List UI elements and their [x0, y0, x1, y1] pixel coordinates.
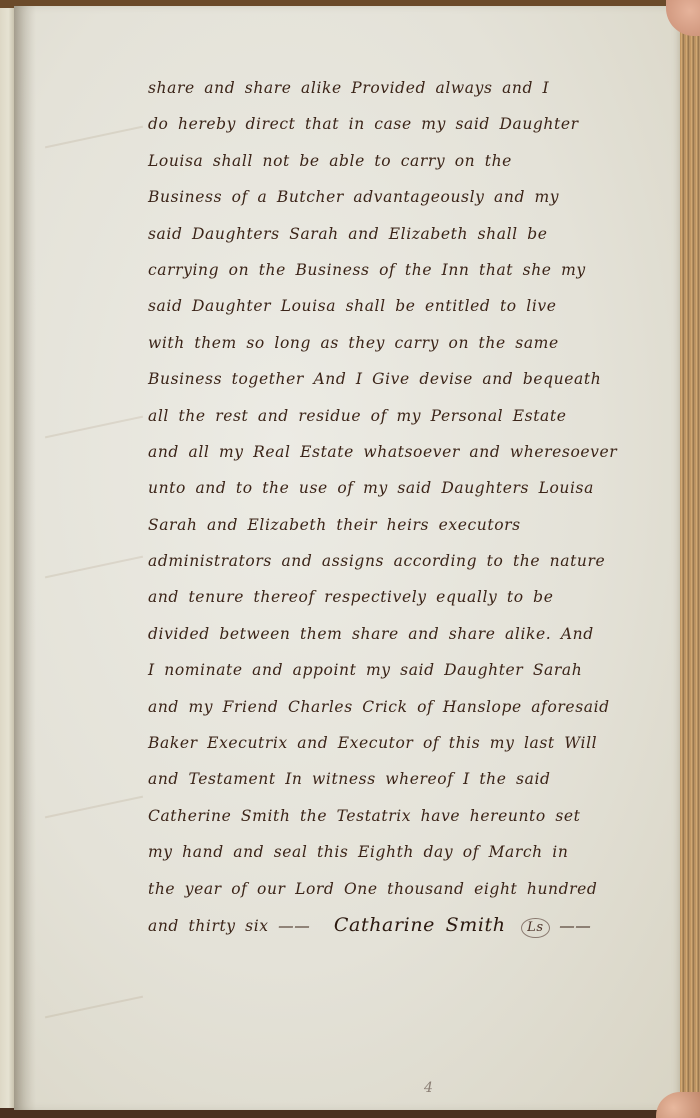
text-line: with them so long as they carry on the s…: [148, 325, 668, 361]
text-line: Business of a Butcher advantageously and…: [148, 179, 668, 215]
page-mark: 4: [424, 1080, 433, 1096]
text-line: and my Friend Charles Crick of Hanslope …: [148, 689, 668, 725]
text-line: and all my Real Estate whatsoever and wh…: [148, 434, 668, 470]
ink-bleed-through: [45, 996, 143, 1019]
text-line: carrying on the Business of the Inn that…: [148, 252, 668, 288]
text-line: and tenure thereof respectively equally …: [148, 579, 668, 615]
text-line: Business together And I Give devise and …: [148, 361, 668, 397]
book-fore-edge: [680, 4, 700, 1114]
left-page-edge: [0, 8, 15, 1108]
dash: ——: [278, 917, 310, 935]
gutter-shadow: [14, 6, 36, 1110]
text-line: my hand and seal this Eighth day of Marc…: [148, 834, 668, 870]
handwritten-text: share and share alike Provided always an…: [148, 70, 668, 943]
text-line: Sarah and Elizabeth their heirs executor…: [148, 507, 668, 543]
text-line: administrators and assigns according to …: [148, 543, 668, 579]
text-line: I nominate and appoint my said Daughter …: [148, 652, 668, 688]
text-line: do hereby direct that in case my said Da…: [148, 106, 668, 142]
seal-mark: Ls: [521, 918, 550, 938]
ink-bleed-through: [45, 796, 143, 819]
text-line: Louisa shall not be able to carry on the: [148, 143, 668, 179]
ink-bleed-through: [45, 416, 143, 439]
ink-bleed-through: [45, 126, 143, 149]
book-photo: share and share alike Provided always an…: [0, 0, 700, 1118]
ink-bleed-through: [45, 556, 143, 579]
text-line: share and share alike Provided always an…: [148, 70, 668, 106]
text-line: said Daughters Sarah and Elizabeth shall…: [148, 216, 668, 252]
final-line-text: and thirty six: [148, 917, 269, 935]
text-line: Catherine Smith the Testatrix have hereu…: [148, 798, 668, 834]
trailing-dash: ——: [559, 917, 591, 935]
final-line: and thirty six —— Catharine Smith Ls ——: [148, 907, 668, 943]
signature: Catharine Smith: [334, 914, 506, 936]
text-line: divided between them share and share ali…: [148, 616, 668, 652]
text-line: and Testament In witness whereof I the s…: [148, 761, 668, 797]
text-line: all the rest and residue of my Personal …: [148, 398, 668, 434]
text-line: Baker Executrix and Executor of this my …: [148, 725, 668, 761]
text-line: unto and to the use of my said Daughters…: [148, 470, 668, 506]
text-line: said Daughter Louisa shall be entitled t…: [148, 288, 668, 324]
text-line: the year of our Lord One thousand eight …: [148, 871, 668, 907]
